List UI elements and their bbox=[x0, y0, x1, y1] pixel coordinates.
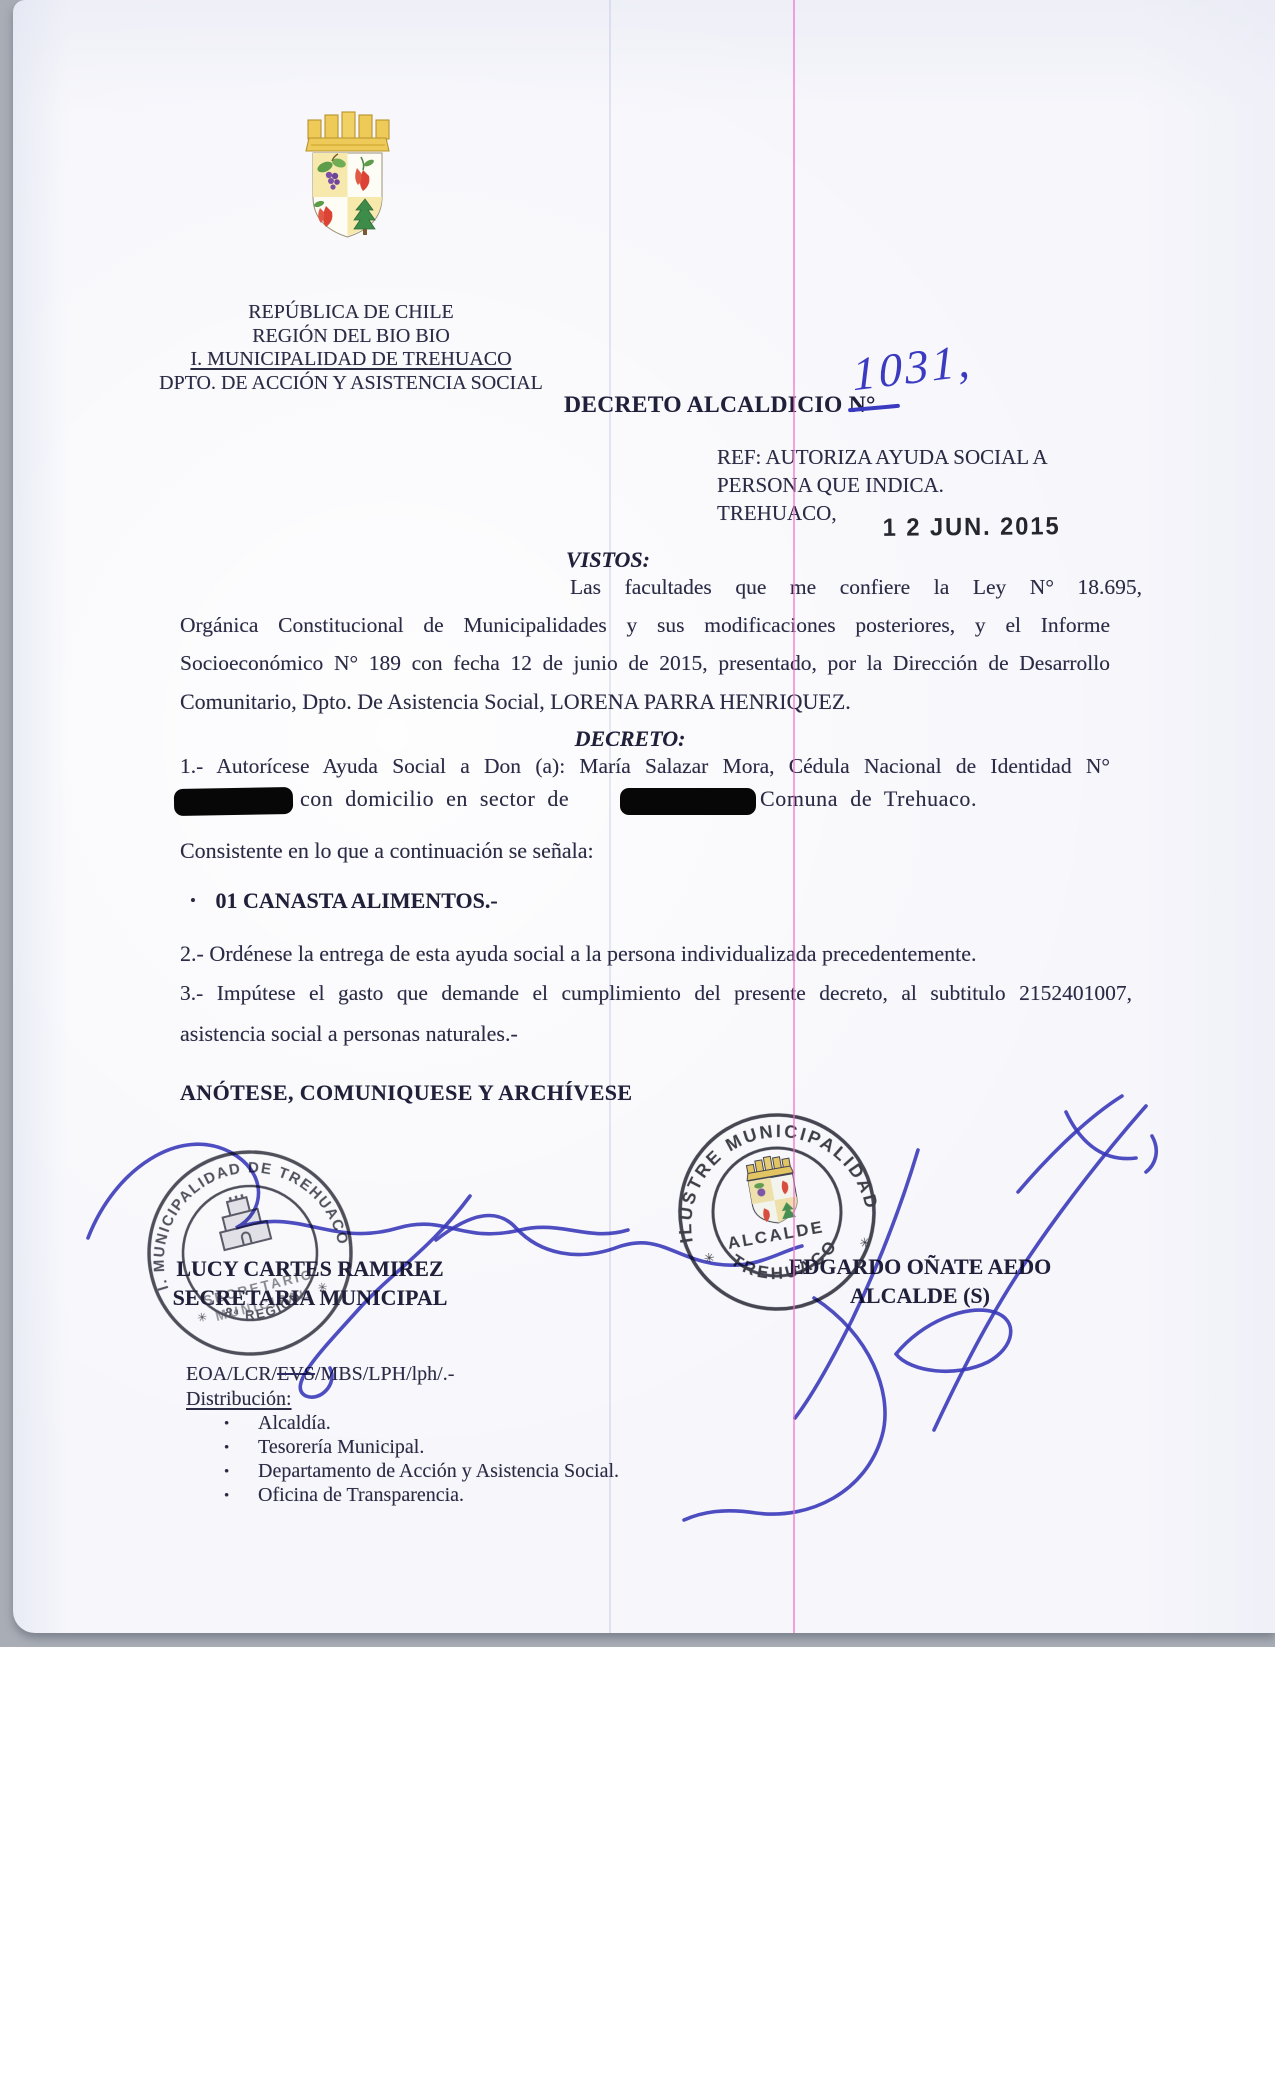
letterhead-department: DPTO. DE ACCIÓN Y ASISTENCIA SOCIAL bbox=[126, 372, 576, 396]
initials-segment: EOA/LCR/ bbox=[186, 1363, 277, 1385]
distribution-item: Tesorería Municipal. bbox=[258, 1436, 424, 1459]
decreto-item2: 2.- Ordénese la entrega de esta ayuda so… bbox=[180, 941, 977, 967]
signatory-right-title: ALCALDE (S) bbox=[770, 1281, 1070, 1310]
responsibility-initials: EOA/LCR/EVS/MBS/LPH/lph/.- bbox=[186, 1363, 454, 1386]
decreto-item1-line2-segment: con domicilio en sector de bbox=[300, 786, 569, 812]
vistos-label: VISTOS: bbox=[566, 547, 650, 573]
distribution-item: Departamento de Acción y Asistencia Soci… bbox=[258, 1460, 619, 1483]
bullet-dot: • bbox=[224, 1440, 229, 1457]
scan-crease-line bbox=[609, 0, 611, 1633]
municipal-coat-of-arms-icon bbox=[299, 104, 396, 240]
signatory-left-title: SECRETARIA MUNICIPAL bbox=[140, 1283, 480, 1312]
decreto-item3-line1: 3.- Impútese el gasto que demande el cum… bbox=[180, 981, 1132, 1006]
closing-order-line: ANÓTESE, COMUNIQUESE Y ARCHÍVESE bbox=[180, 1080, 632, 1106]
distribution-item: Alcaldía. bbox=[258, 1412, 331, 1435]
decreto-item3-line2: asistencia social a personas naturales.- bbox=[180, 1021, 518, 1047]
scanned-decree-document: REPÚBLICA DE CHILE REGIÓN DEL BIO BIO I.… bbox=[0, 0, 1275, 2100]
shield bbox=[313, 153, 382, 237]
decreto-item1-line1: 1.- Autorícese Ayuda Social a Don (a): M… bbox=[180, 754, 1110, 779]
bullet-dot: • bbox=[224, 1416, 229, 1433]
signatory-left-name: LUCY CARTES RAMIREZ bbox=[140, 1254, 480, 1283]
initials-struck-segment: EVS bbox=[277, 1363, 315, 1385]
decreto-label: DECRETO: bbox=[180, 726, 1080, 752]
signatory-right-block: EDGARDO OÑATE AEDO ALCALDE (S) bbox=[770, 1252, 1070, 1310]
ref-line: PERSONA QUE INDICA. bbox=[717, 471, 1048, 499]
signatory-right-name: EDGARDO OÑATE AEDO bbox=[770, 1252, 1070, 1281]
initials-segment: /MBS/LPH/lph/.- bbox=[315, 1363, 454, 1385]
letterhead-municipality: I. MUNICIPALIDAD DE TREHUACO bbox=[126, 348, 576, 372]
aid-item-label: 01 CANASTA ALIMENTOS.- bbox=[215, 888, 497, 913]
vistos-intro-line: Las facultades que me confiere la Ley N°… bbox=[570, 575, 1142, 600]
ref-line: REF: AUTORIZA AYUDA SOCIAL A bbox=[717, 443, 1048, 471]
vistos-paragraph-line: Comunitario, Dpto. De Asistencia Social,… bbox=[180, 689, 851, 715]
stamp-star-icon: ✳ bbox=[703, 1250, 716, 1267]
distribution-item: Oficina de Transparencia. bbox=[258, 1484, 464, 1507]
vistos-paragraph-line: Socioeconómico N° 189 con fecha 12 de ju… bbox=[180, 651, 1110, 676]
distribution-label: Distribución: bbox=[186, 1388, 292, 1411]
castle-icon bbox=[212, 1190, 271, 1250]
mural-crown-icon bbox=[306, 112, 389, 151]
letterhead-country: REPÚBLICA DE CHILE bbox=[126, 301, 576, 325]
signatory-left-block: LUCY CARTES RAMIREZ SECRETARIA MUNICIPAL bbox=[140, 1254, 480, 1312]
bullet-dot: • bbox=[224, 1488, 229, 1505]
consistente-line: Consistente en lo que a continuación se … bbox=[180, 838, 594, 864]
decree-title: DECRETO ALCALDICIO N° bbox=[564, 392, 876, 419]
redaction-bar-sector bbox=[620, 788, 756, 815]
date-received-stamp: 1 2 JUN. 2015 bbox=[883, 512, 1061, 543]
aid-bullet-item: • 01 CANASTA ALIMENTOS.- bbox=[190, 888, 498, 914]
letterhead: REPÚBLICA DE CHILE REGIÓN DEL BIO BIO I.… bbox=[126, 301, 576, 395]
vistos-paragraph-line: Orgánica Constitucional de Municipalidad… bbox=[180, 613, 1110, 638]
scanner-streak-line bbox=[793, 0, 795, 1633]
redaction-bar-id-number bbox=[174, 787, 293, 816]
bullet-dot: • bbox=[190, 891, 196, 910]
bullet-dot: • bbox=[224, 1464, 229, 1481]
letterhead-region: REGIÓN DEL BIO BIO bbox=[126, 325, 576, 349]
